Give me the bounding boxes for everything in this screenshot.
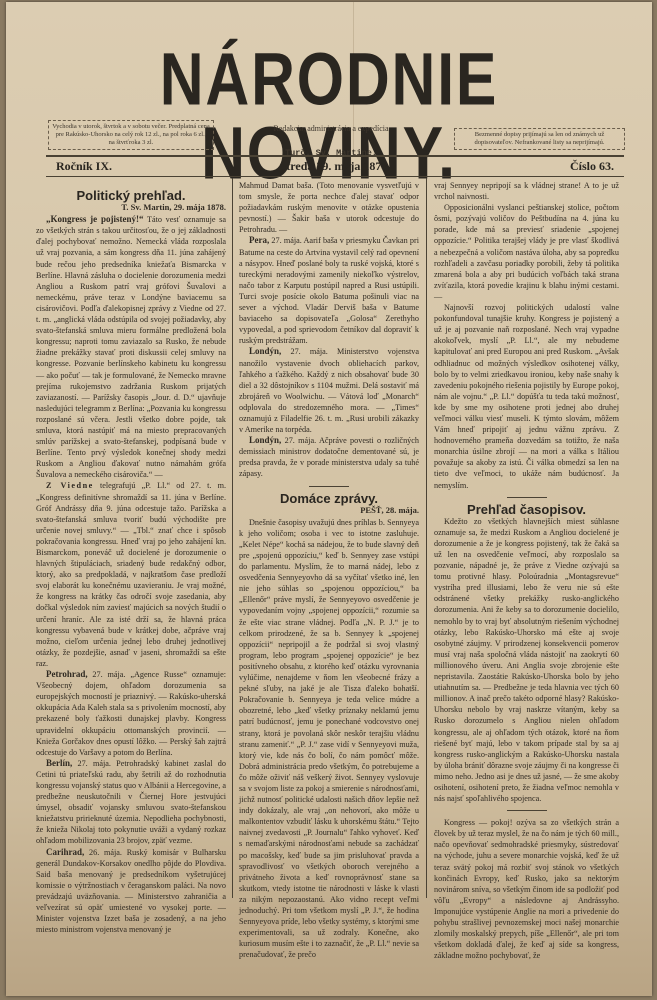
article-paragraph: Opposicionálni vyslanci peštianskej stol…	[434, 202, 619, 302]
section-separator	[309, 486, 349, 487]
column-right: vraj Sennyey nepripojí sa k vládnej stra…	[434, 180, 619, 961]
column-middle: Mahmud Damat baša. (Toto menovanie vysve…	[239, 180, 419, 960]
section-title-domestic: Domáce zprávy.	[239, 493, 419, 504]
article-paragraph: Berlín, 27. mája. Petrohradský kabinet z…	[36, 758, 226, 847]
column-divider-2	[426, 178, 427, 898]
article-paragraph: Mahmud Damat baša. (Toto menovanie vysve…	[239, 180, 419, 235]
byline-political: T. Sv. Martin, 29. mája 1878.	[36, 202, 226, 213]
publisher-connector: v	[330, 137, 333, 143]
article-paragraph: Kdežto zo všetkých hlavnejších miest súh…	[434, 516, 619, 804]
article-paragraph: Najnovší rozvoj politických udalostí val…	[434, 302, 619, 491]
column-political-overview: Politický prehľad. T. Sv. Martin, 29. má…	[36, 188, 226, 935]
article-paragraph: Kongress — pokoj! ozýva sa zo všetkých s…	[434, 817, 619, 961]
newspaper-page: NÁRODNIE NOVINY. Vychodia v utorok, štvr…	[6, 2, 652, 996]
issue-date: Streda 29. mája 1878.	[46, 159, 624, 174]
publisher-line: Redakcia, administrácia a expedícia	[273, 124, 388, 133]
article-paragraph: „Kongress je pojistený!“ Táto vesť oznam…	[36, 214, 226, 480]
section-separator	[507, 810, 547, 811]
article-paragraph: Londýn, 27. mája. Ministerstvo vojenstva…	[239, 346, 419, 435]
byline-domestic: PEŠŤ, 28. mája.	[239, 505, 419, 516]
article-paragraph: Z Viedne telegrafujú „P. Ll.“ od 27. t. …	[36, 480, 226, 669]
article-paragraph: Petrohrad, 27. mája. „Agence Russe“ ozna…	[36, 669, 226, 758]
section-separator	[507, 497, 547, 498]
column-divider-1	[232, 178, 233, 898]
article-paragraph: Pera, 27. mája. Aarif baša v priesmyku Č…	[239, 235, 419, 346]
article-paragraph: Dnešnie časopisy uvažujú dnes príhlas b.…	[239, 517, 419, 961]
section-title-press-review: Prehľad časopisov.	[434, 504, 619, 515]
article-paragraph: vraj Sennyey nepripojí sa k vládnej stra…	[434, 180, 619, 202]
article-paragraph: Carihrad, 26. mája. Ruský komisár v Bulh…	[36, 847, 226, 936]
article-paragraph: Londýn, 27. mája. Ačpráve povesti o rozl…	[239, 435, 419, 479]
header-rule-bottom	[46, 176, 624, 177]
header-rule-top	[46, 155, 624, 157]
subscription-info: Vychodia v utorok, štvrtok a v sobotu ve…	[48, 120, 214, 150]
publisher-info: Redakcia, administrácia a expedícia v Tu…	[236, 124, 426, 158]
letters-policy: Bezmenné dopisy prijímajú sa len od znám…	[454, 128, 625, 150]
section-title-political: Politický prehľad.	[36, 190, 226, 201]
issue-number: Číslo 63.	[570, 159, 614, 174]
